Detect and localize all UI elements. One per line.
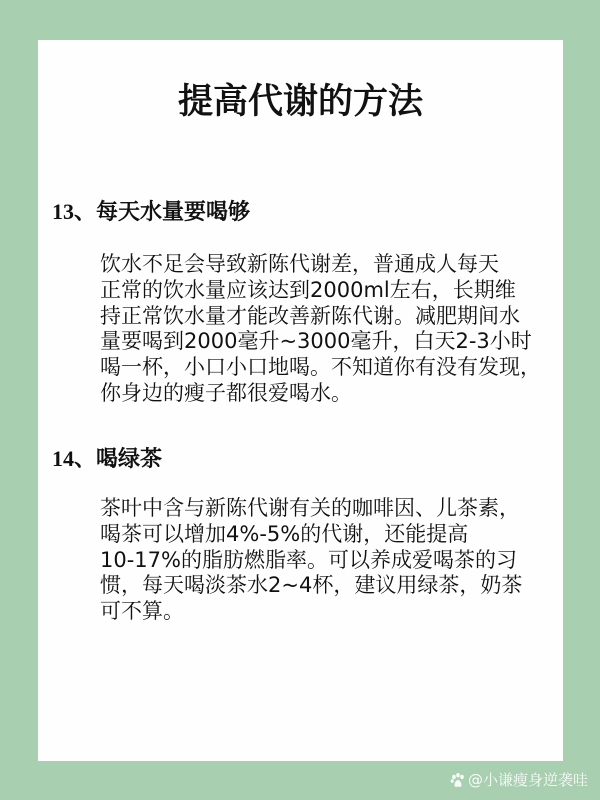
section-body-13: 饮水不足会导致新陈代谢差，普通成人每天 正常的饮水量应该达到2000ml左右，长… <box>100 252 540 407</box>
body-line: 持正常饮水量才能改善新陈代谢。减肥期间水 <box>100 304 540 330</box>
section-number: 13、 <box>52 199 96 224</box>
section-title: 喝绿茶 <box>96 446 162 472</box>
watermark-text: @小谦瘦身逆袭哇 <box>468 770 588 790</box>
body-line: 量要喝到2000毫升~3000毫升，白天2-3小时 <box>100 329 540 355</box>
body-line: 可不算。 <box>100 599 540 625</box>
body-line: 饮水不足会导致新陈代谢差，普通成人每天 <box>100 252 540 278</box>
body-line: 喝茶可以增加4%-5%的代谢，还能提高 <box>100 522 540 548</box>
section-heading-14: 14、喝绿茶 <box>52 445 162 473</box>
body-line: 喝一杯，小口小口地喝。不知道你有没有发现， <box>100 355 540 381</box>
section-title: 每天水量要喝够 <box>96 199 250 225</box>
body-line: 惯，每天喝淡茶水2~4杯，建议用绿茶，奶茶 <box>100 573 540 599</box>
paw-icon <box>450 772 466 788</box>
body-line: 茶叶中含与新陈代谢有关的咖啡因、儿茶素， <box>100 496 540 522</box>
page-title: 提高代谢的方法 <box>38 80 563 124</box>
section-heading-13: 13、每天水量要喝够 <box>52 198 250 226</box>
body-line: 10-17%的脂肪燃脂率。可以养成爱喝茶的习 <box>100 548 540 574</box>
watermark: @小谦瘦身逆袭哇 <box>450 770 588 790</box>
body-line: 你身边的瘦子都很爱喝水。 <box>100 381 540 407</box>
section-body-14: 茶叶中含与新陈代谢有关的咖啡因、儿茶素， 喝茶可以增加4%-5%的代谢，还能提高… <box>100 496 540 625</box>
section-number: 14、 <box>52 446 96 471</box>
body-line: 正常的饮水量应该达到2000ml左右，长期维 <box>100 278 540 304</box>
content-card: 提高代谢的方法 13、每天水量要喝够 饮水不足会导致新陈代谢差，普通成人每天 正… <box>38 40 563 761</box>
